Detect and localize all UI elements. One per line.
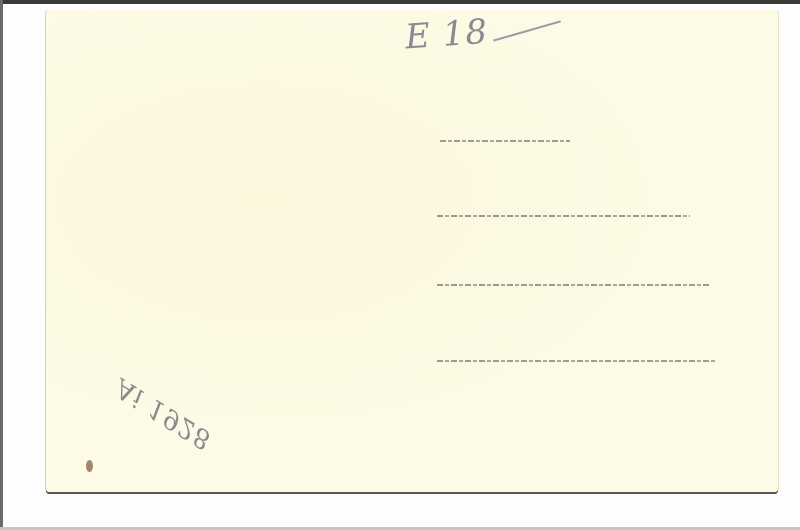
scan-left-edge	[0, 0, 3, 530]
scan-top-edge	[0, 0, 800, 4]
address-line-3	[437, 284, 710, 286]
address-line-2	[437, 215, 690, 217]
pencil-annotation-top-text: E 18	[404, 12, 489, 58]
address-line-4	[437, 360, 717, 362]
pencil-stroke	[493, 20, 561, 41]
stain-mark	[86, 460, 93, 472]
address-line-1	[440, 140, 570, 142]
